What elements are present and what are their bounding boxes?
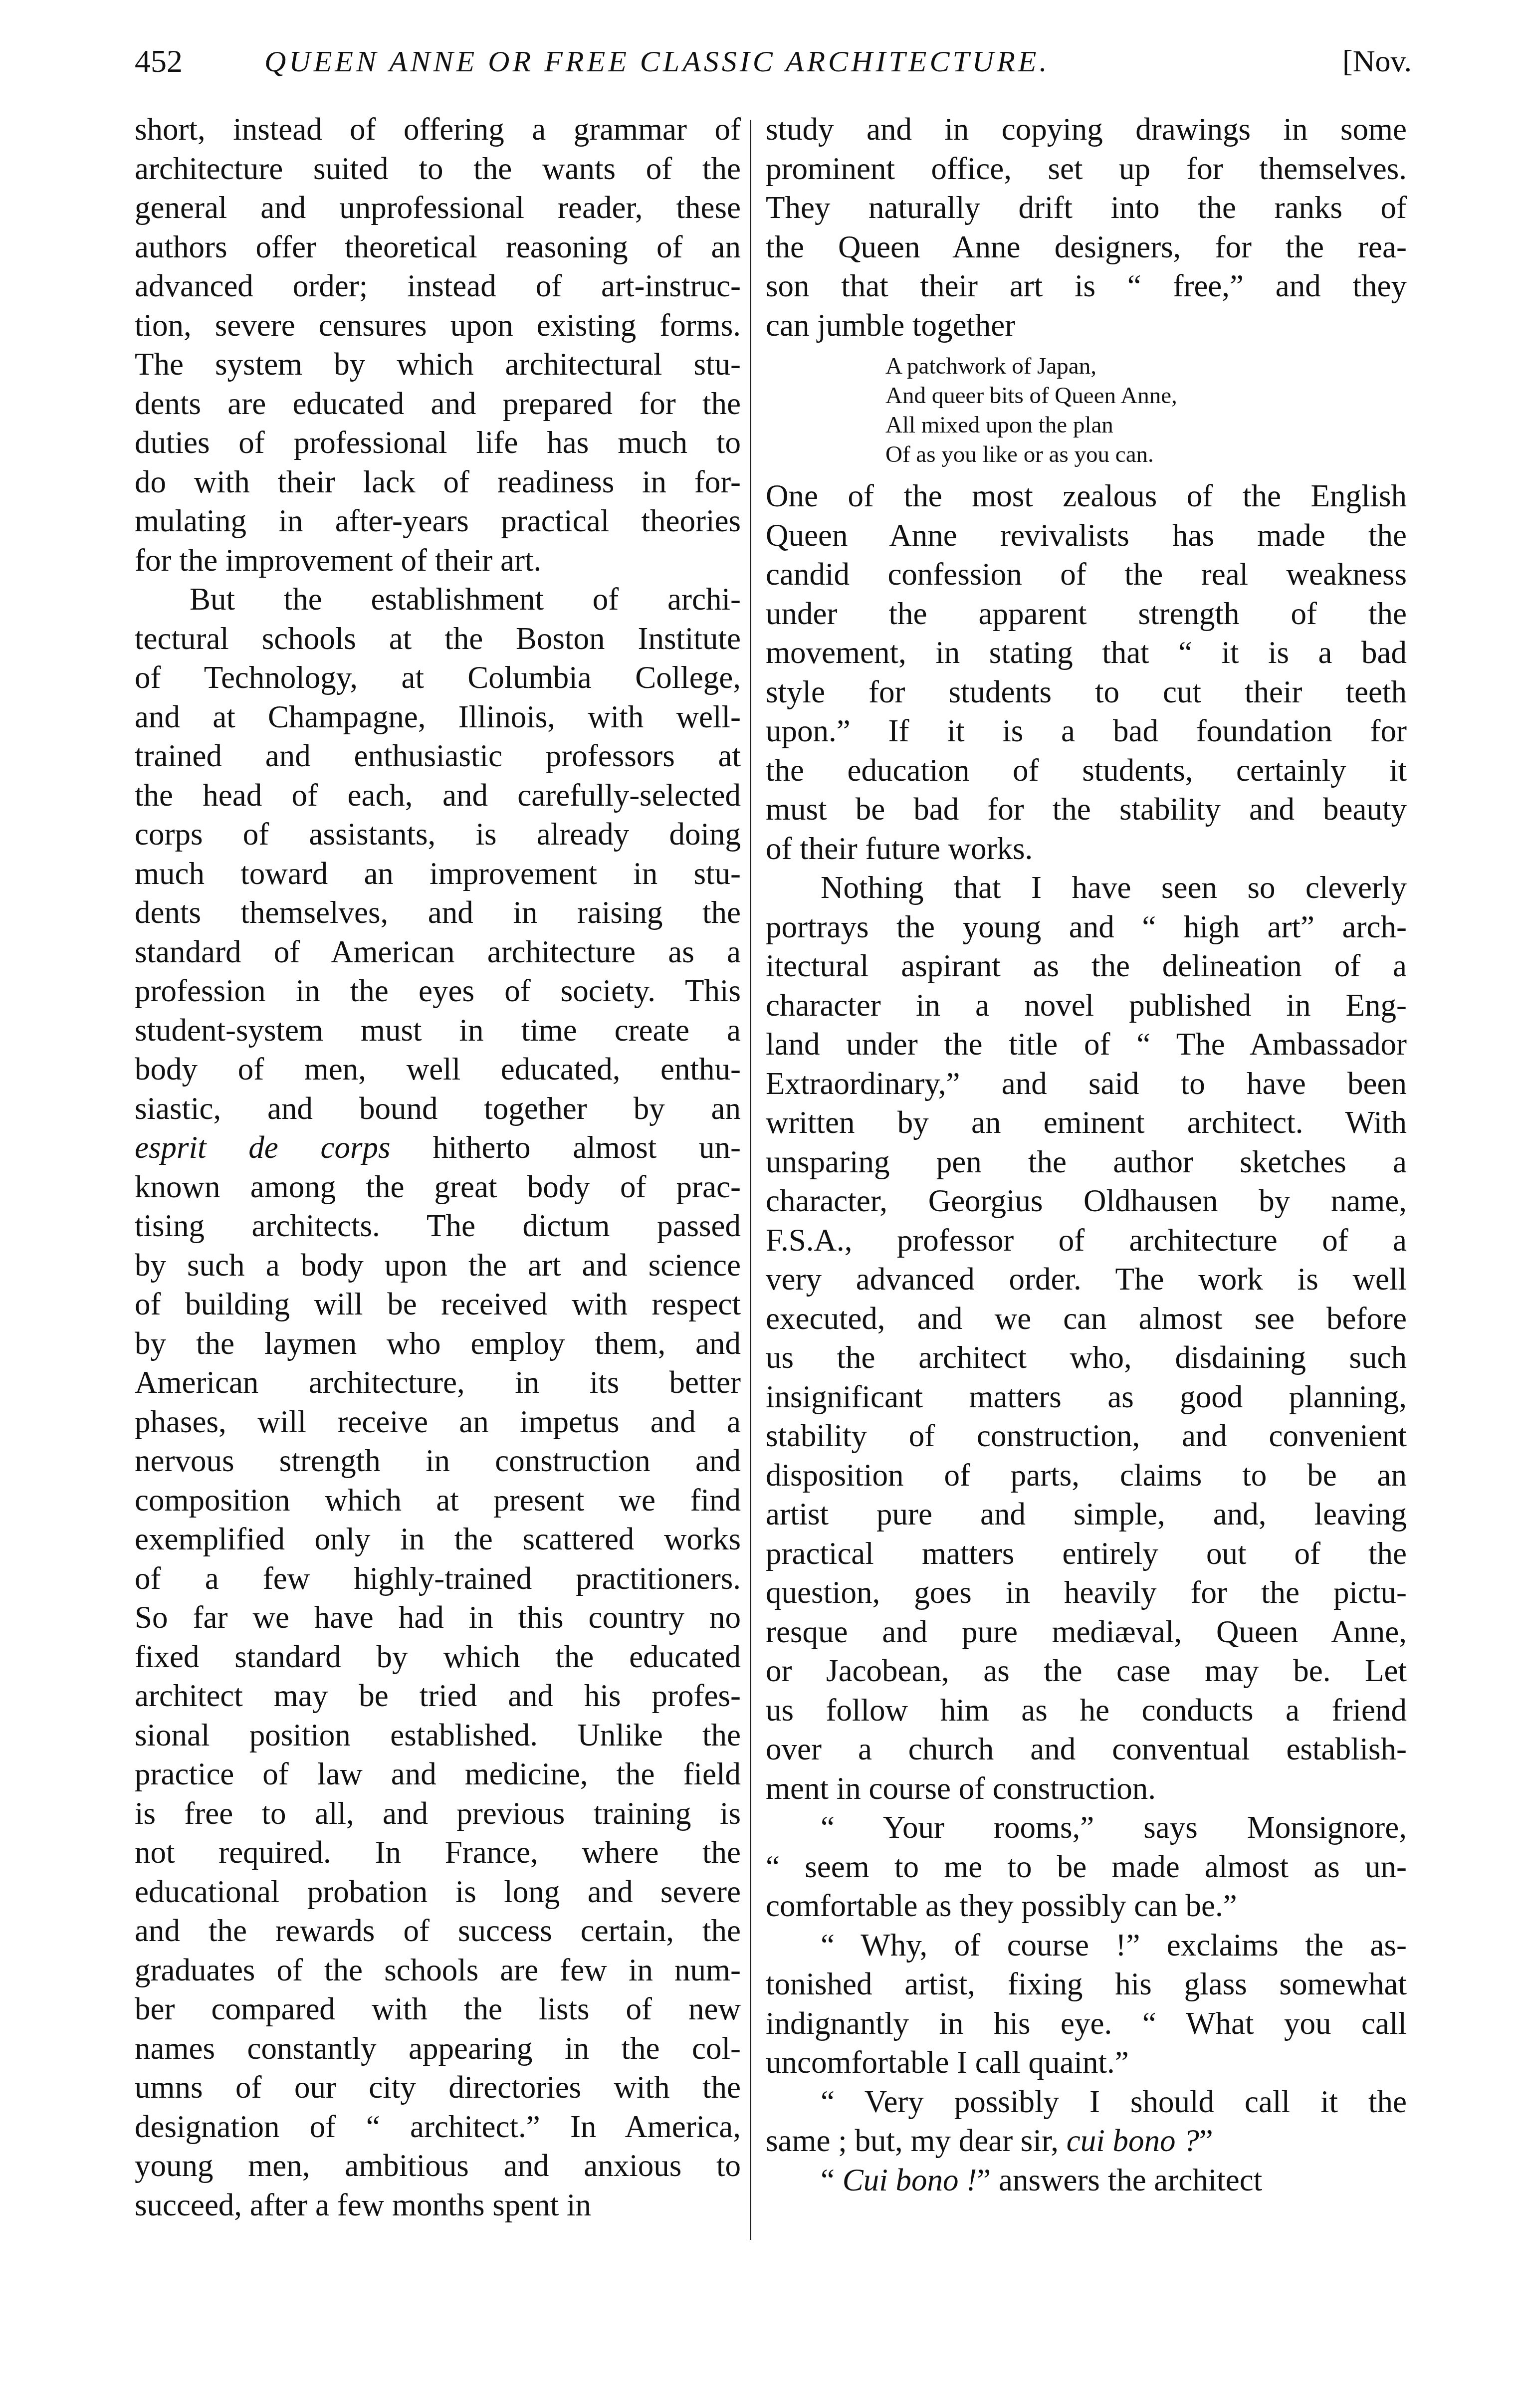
italic-phrase: Cui bono !	[843, 2163, 977, 2197]
text-line: son that their art is “ free,” and they	[766, 266, 1407, 306]
paragraph: “ Why, of course !” exclaims the as-toni…	[766, 1926, 1407, 2082]
right-column: study and in copying drawings in somepro…	[766, 110, 1407, 2199]
text-line: esprit de corps hitherto almost un-	[135, 1128, 741, 1167]
text-line: profession in the eyes of society. This	[135, 971, 741, 1011]
text-line: architecture suited to the wants of the	[135, 149, 741, 189]
paragraph: Nothing that I have seen so cleverlyport…	[766, 868, 1407, 1808]
text-line: young men, ambitious and anxious to	[135, 2146, 741, 2186]
text-line: not required. In France, where the	[135, 1833, 741, 1872]
text-line: Queen Anne revivalists has made the	[766, 516, 1407, 555]
text-line: short, instead of offering a grammar of	[135, 110, 741, 149]
text-line: graduates of the schools are few in num-	[135, 1951, 741, 1990]
text-line: much toward an improvement in stu-	[135, 854, 741, 893]
text-line: architect may be tried and his profes-	[135, 1676, 741, 1716]
text-line: So far we have had in this country no	[135, 1598, 741, 1637]
text-line: us follow him as he conducts a friend	[766, 1691, 1407, 1730]
text-line: prominent office, set up for themselves.	[766, 149, 1407, 189]
text-line: stability of construction, and convenien…	[766, 1416, 1407, 1456]
text-line: over a church and conventual establish-	[766, 1730, 1407, 1769]
text-line: sional position established. Unlike the	[135, 1716, 741, 1755]
issue-month: [Nov.	[1342, 39, 1412, 84]
text-line: umns of our city directories with the	[135, 2068, 741, 2107]
italic-phrase: esprit de corps	[135, 1130, 391, 1165]
text-line: by the laymen who employ them, and	[135, 1324, 741, 1363]
text-line: “ Very possibly I should call it the	[766, 2082, 1407, 2122]
text-line: study and in copying drawings in some	[766, 110, 1407, 149]
right-column-before-verse: study and in copying drawings in somepro…	[766, 110, 1407, 345]
text-line: succeed, after a few months spent in	[135, 2186, 741, 2225]
left-column: short, instead of offering a grammar ofa…	[135, 110, 741, 2224]
text-line: names constantly appearing in the col-	[135, 2029, 741, 2068]
text-line: of a few highly-trained practitioners.	[135, 1559, 741, 1598]
text-line: indignantly in his eye. “ What you call	[766, 2004, 1407, 2043]
text-line: “ Cui bono !” answers the architect	[766, 2161, 1407, 2200]
running-title: QUEEN ANNE OR FREE CLASSIC ARCHITECTURE.	[264, 39, 1050, 84]
verse-quotation: A patchwork of Japan,And queer bits of Q…	[885, 352, 1407, 469]
text-line: designation of “ architect.” In America,	[135, 2107, 741, 2147]
text-line: corps of assistants, is already doing	[135, 815, 741, 854]
text-line: written by an eminent architect. With	[766, 1103, 1407, 1142]
text-line: authors offer theoretical reasoning of a…	[135, 227, 741, 267]
text-line: of Technology, at Columbia College,	[135, 658, 741, 697]
text-line: movement, in stating that “ it is a bad	[766, 633, 1407, 672]
text-line: executed, and we can almost see before	[766, 1299, 1407, 1338]
text-line: question, goes in heavily for the pictu-	[766, 1573, 1407, 1612]
text-line: must be bad for the stability and beauty	[766, 790, 1407, 829]
text-line: do with their lack of readiness in for-	[135, 462, 741, 502]
text-line: duties of professional life has much to	[135, 423, 741, 462]
text-line: tonished artist, fixing his glass somewh…	[766, 1965, 1407, 2004]
text-line: land under the title of “ The Ambassador	[766, 1025, 1407, 1064]
text-line: artist pure and simple, and, leaving	[766, 1495, 1407, 1534]
paragraph: “ Cui bono !” answers the architect	[766, 2161, 1407, 2200]
text-line: American architecture, in its better	[135, 1363, 741, 1402]
text-line: the Queen Anne designers, for the rea-	[766, 227, 1407, 267]
verse-line: Of as you like or as you can.	[885, 440, 1407, 469]
text-line: student-system must in time create a	[135, 1011, 741, 1050]
paragraph: “ Your rooms,” says Monsignore,“ seem to…	[766, 1808, 1407, 1926]
page-number: 452	[135, 39, 183, 84]
text-line: or Jacobean, as the case may be. Let	[766, 1651, 1407, 1691]
paragraph: short, instead of offering a grammar ofa…	[135, 110, 741, 580]
text-line: standard of American architecture as a	[135, 932, 741, 972]
text-line: and the rewards of success certain, the	[135, 1911, 741, 1951]
text-line: One of the most zealous of the English	[766, 476, 1407, 516]
text-line: nervous strength in construction and	[135, 1441, 741, 1481]
text-line: itectural aspirant as the delineation of…	[766, 946, 1407, 986]
paragraph: One of the most zealous of the EnglishQu…	[766, 476, 1407, 868]
text-line: practical matters entirely out of the	[766, 1534, 1407, 1573]
paragraph: study and in copying drawings in somepro…	[766, 110, 1407, 345]
text-line: uncomfortable I call quaint.”	[766, 2043, 1407, 2082]
text-line: can jumble together	[766, 306, 1407, 345]
text-line: fixed standard by which the educated	[135, 1637, 741, 1677]
right-column-after-verse: One of the most zealous of the EnglishQu…	[766, 476, 1407, 2199]
verse-line: And queer bits of Queen Anne,	[885, 381, 1407, 411]
text-line: candid confession of the real weakness	[766, 555, 1407, 594]
text-line: comfortable as they possibly can be.”	[766, 1886, 1407, 1926]
text-line: known among the great body of prac-	[135, 1167, 741, 1207]
text-line: unsparing pen the author sketches a	[766, 1142, 1407, 1182]
text-line: trained and enthusiastic professors at	[135, 736, 741, 776]
text-line: the head of each, and carefully-selected	[135, 776, 741, 815]
text-line: is free to all, and previous training is	[135, 1794, 741, 1833]
verse-line: All mixed upon the plan	[885, 411, 1407, 440]
text-line: phases, will receive an impetus and a	[135, 1402, 741, 1442]
paragraph: “ Very possibly I should call it thesame…	[766, 2082, 1407, 2161]
text-line: disposition of parts, claims to be an	[766, 1456, 1407, 1495]
text-line: exemplified only in the scattered works	[135, 1520, 741, 1559]
text-line: insignificant matters as good planning,	[766, 1377, 1407, 1417]
column-divider	[750, 120, 751, 2240]
text-line: general and unprofessional reader, these	[135, 188, 741, 227]
italic-phrase: cui bono ?	[1067, 2123, 1199, 2158]
paragraph: But the establishment of archi-tectural …	[135, 580, 741, 2224]
text-line: They naturally drift into the ranks of	[766, 188, 1407, 227]
text-line: resque and pure mediæval, Queen Anne,	[766, 1612, 1407, 1652]
text-line: tectural schools at the Boston Institute	[135, 619, 741, 658]
text-line: body of men, well educated, enthu-	[135, 1050, 741, 1089]
text-line: us the architect who, disdaining such	[766, 1338, 1407, 1377]
text-line: tising architects. The dictum passed	[135, 1206, 741, 1246]
text-line: portrays the young and “ high art” arch-	[766, 907, 1407, 947]
text-line: advanced order; instead of art-instruc-	[135, 266, 741, 306]
text-line: same ; but, my dear sir, cui bono ?”	[766, 2121, 1407, 2161]
text-line: Nothing that I have seen so cleverly	[766, 868, 1407, 907]
text-line: for the improvement of their art.	[135, 541, 741, 580]
text-line: character, Georgius Oldhausen by name,	[766, 1181, 1407, 1221]
text-line: ment in course of construction.	[766, 1769, 1407, 1808]
text-line: the education of students, certainly it	[766, 751, 1407, 790]
text-line: under the apparent strength of the	[766, 594, 1407, 634]
text-line: and at Champagne, Illinois, with well-	[135, 697, 741, 737]
text-line: composition which at present we find	[135, 1481, 741, 1520]
running-header: 452 QUEEN ANNE OR FREE CLASSIC ARCHITECT…	[135, 39, 1412, 84]
text-line: “ Why, of course !” exclaims the as-	[766, 1926, 1407, 1965]
text-line: mulating in after-years practical theori…	[135, 501, 741, 541]
text-line: “ Your rooms,” says Monsignore,	[766, 1808, 1407, 1847]
text-line: of their future works.	[766, 829, 1407, 869]
text-line: very advanced order. The work is well	[766, 1260, 1407, 1299]
text-line: ber compared with the lists of new	[135, 1989, 741, 2029]
text-line: The system by which architectural stu-	[135, 345, 741, 384]
text-line: dents are educated and prepared for the	[135, 384, 741, 424]
text-line: dents themselves, and in raising the	[135, 893, 741, 932]
text-line: tion, severe censures upon existing form…	[135, 306, 741, 345]
text-line: siastic, and bound together by an	[135, 1089, 741, 1128]
text-line: “ seem to me to be made almost as un-	[766, 1847, 1407, 1887]
text-line: F.S.A., professor of architecture of a	[766, 1221, 1407, 1260]
text-line: style for students to cut their teeth	[766, 672, 1407, 712]
text-line: practice of law and medicine, the field	[135, 1754, 741, 1794]
text-line: of building will be received with respec…	[135, 1285, 741, 1324]
text-line: educational probation is long and severe	[135, 1872, 741, 1912]
text-line: upon.” If it is a bad foundation for	[766, 711, 1407, 751]
text-line: character in a novel published in Eng-	[766, 986, 1407, 1025]
text-line: by such a body upon the art and science	[135, 1246, 741, 1285]
verse-line: A patchwork of Japan,	[885, 352, 1407, 381]
text-line: But the establishment of archi-	[135, 580, 741, 619]
text-line: Extraordinary,” and said to have been	[766, 1064, 1407, 1103]
